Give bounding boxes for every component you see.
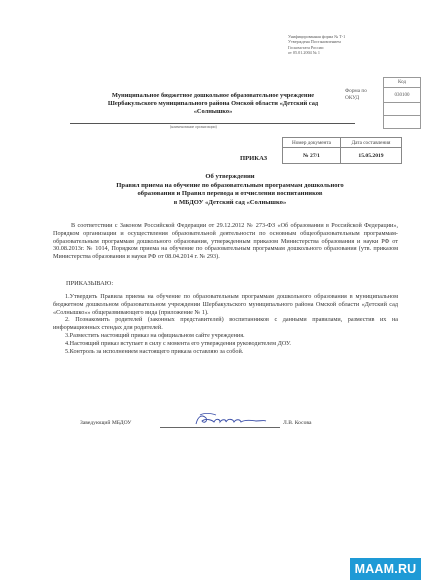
title-line: Правил приема на обучение по образовател…	[60, 182, 400, 191]
document-title: Об утверждении Правил приема на обучение…	[60, 173, 400, 207]
code-empty-cell	[384, 116, 421, 129]
order-item: 3.Разместить настоящий приказ на официал…	[53, 332, 398, 340]
organization-name: Муниципальное бюджетное дошкольное образ…	[75, 92, 351, 116]
title-line: Об утверждении	[60, 173, 400, 182]
date-header: Дата составления	[341, 138, 402, 148]
org-line: Муниципальное бюджетное дошкольное образ…	[75, 92, 351, 100]
title-line: в МБДОУ «Детский сад «Солнышко»	[60, 199, 400, 208]
doc-number-header: Номер документа	[283, 138, 341, 148]
code-empty-cell	[384, 103, 421, 116]
order-word: ПРИКАЗЫВАЮ:	[66, 280, 113, 287]
code-table: Код 030100	[383, 77, 421, 129]
order-number-table: Номер документа Дата составления № 27/1 …	[282, 137, 402, 164]
maam-watermark: MAAM.RU	[350, 558, 421, 580]
preamble-text: В соответствии с Законом Российской Феде…	[53, 222, 398, 261]
order-item: 2. Познакомить родителей (законных предс…	[53, 316, 398, 332]
doc-number: № 27/1	[283, 148, 341, 164]
form-note-line: от 05.01.2004 № 1	[288, 50, 345, 55]
form-note-line: Утверждена Постановлением	[288, 39, 345, 44]
code-header: Код	[384, 78, 421, 88]
doc-date: 15.05.2019	[341, 148, 402, 164]
order-items: 1.Утвердить Правила приема на обучение п…	[53, 293, 398, 355]
org-underline	[70, 123, 355, 124]
org-caption: (наименование организации)	[170, 125, 217, 129]
signatory-name: Л.В. Косова	[283, 420, 311, 426]
org-line: Шербакульского муниципального района Омс…	[75, 100, 351, 108]
okud-value: 030100	[384, 88, 421, 103]
order-item: 1.Утвердить Правила приема на обучение п…	[53, 293, 398, 316]
order-item: 5.Контроль за исполнением настоящего при…	[53, 348, 398, 356]
order-item: 4.Настоящий приказ вступает в силу с мом…	[53, 340, 398, 348]
unified-form-note: Унифицированная форма № Т-1 Утверждена П…	[288, 34, 345, 55]
preamble: В соответствии с Законом Российской Феде…	[53, 222, 398, 261]
order-heading: ПРИКАЗ	[240, 155, 267, 162]
title-line: образования и Правил перевода и отчислен…	[60, 190, 400, 199]
org-line: «Солнышко»	[75, 108, 351, 116]
handwritten-signature-icon	[190, 412, 270, 428]
